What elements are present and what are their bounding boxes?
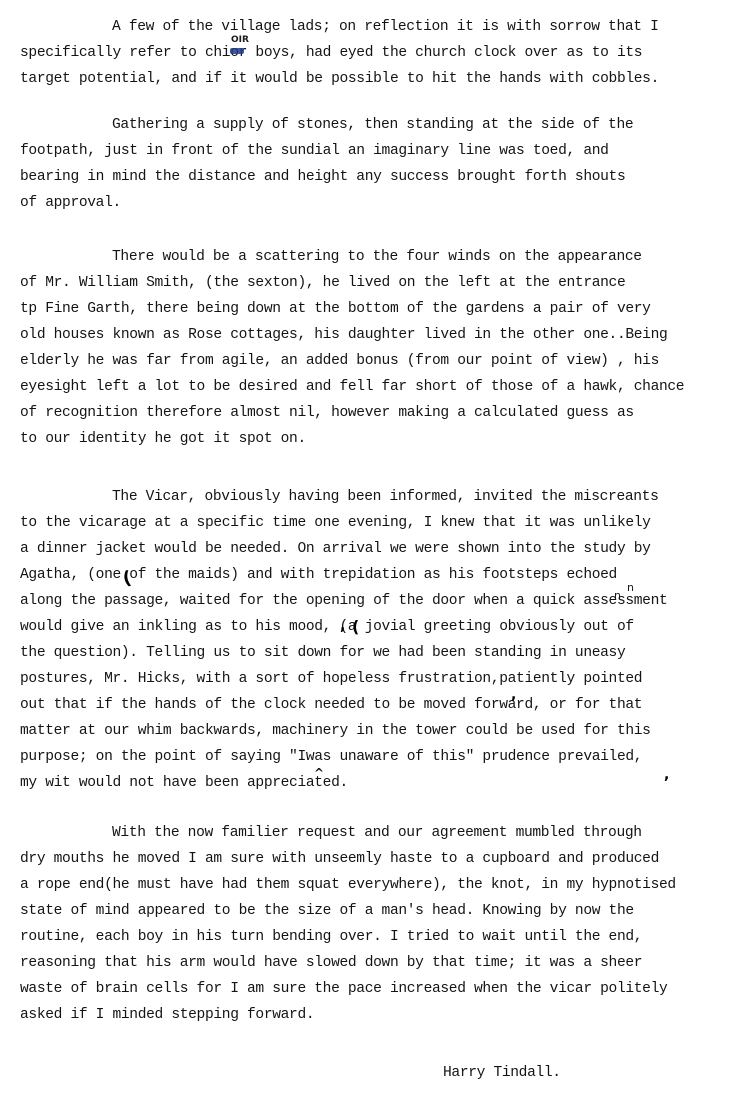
text-line: to our identity he got it spot on. [20, 426, 730, 452]
text-line: my wit would not have been appreciated. [20, 770, 730, 796]
handwritten-comma-mark: , [340, 618, 345, 634]
text-line: asked if I minded stepping forward. [20, 1002, 730, 1028]
text-line: dry mouths he moved I am sure with unsee… [20, 846, 730, 872]
text-line: a rope end(he must have had them squat e… [20, 872, 730, 898]
paragraph-sexton: There would be a scattering to the four … [20, 244, 730, 452]
text-line: the question). Telling us to sit down fo… [20, 640, 730, 666]
text-line: state of mind appeared to be the size of… [20, 898, 730, 924]
handwritten-comma-mark: , [511, 687, 516, 703]
text-line: There would be a scattering to the four … [20, 244, 730, 270]
text-line: to the vicarage at a specific time one e… [20, 510, 730, 536]
handwritten-caret-mark: ^ [314, 768, 324, 778]
handwritten-insert-echoed: n [627, 583, 634, 593]
handwritten-bracket-mark: ( [352, 617, 359, 636]
author-signature: Harry Tindall. [443, 1063, 561, 1083]
text-line: elderly he was far from agile, an added … [20, 348, 730, 374]
text-line: With the now familier request and our ag… [20, 820, 730, 846]
text-line: footpath, just in front of the sundial a… [20, 138, 730, 164]
text-line: along the passage, waited for the openin… [20, 588, 730, 614]
text-line: postures, Mr. Hicks, with a sort of hope… [20, 666, 730, 692]
text-line: tp Fine Garth, there being down at the b… [20, 296, 730, 322]
text-line: eyesight left a lot to be desired and fe… [20, 374, 730, 400]
paragraph-gathering-stones: Gathering a supply of stones, then stand… [20, 112, 730, 216]
text-line: a dinner jacket would be needed. On arri… [20, 536, 730, 562]
text-line: target potential, and if it would be pos… [20, 66, 730, 92]
text-line: routine, each boy in his turn bending ov… [20, 924, 730, 950]
text-line: reasoning that his arm would have slowed… [20, 950, 730, 976]
handwritten-correction-choir: OIR [231, 35, 249, 45]
strikethrough-mark [230, 48, 244, 54]
paragraph-village-lads: A few of the village lads; on reflection… [20, 14, 730, 92]
text-line: would give an inkling as to his mood, (a… [20, 614, 730, 640]
paragraph-vicar: The Vicar, obviously having been informe… [20, 484, 730, 796]
text-line: The Vicar, obviously having been informe… [20, 484, 730, 510]
text-line: A few of the village lads; on reflection… [20, 14, 730, 40]
text-line: waste of brain cells for I am sure the p… [20, 976, 730, 1002]
text-line: Gathering a supply of stones, then stand… [20, 112, 730, 138]
text-line: of approval. [20, 190, 730, 216]
handwritten-comma-mark: , [664, 767, 669, 783]
document-page: A few of the village lads; on reflection… [0, 0, 738, 1100]
text-line: out that if the hands of the clock neede… [20, 692, 730, 718]
text-line: of Mr. William Smith, (the sexton), he l… [20, 270, 730, 296]
text-line: old houses known as Rose cottages, his d… [20, 322, 730, 348]
text-line: specifically refer to chior boys, had ey… [20, 40, 730, 66]
text-line: matter at our whim backwards, machinery … [20, 718, 730, 744]
handwritten-insert-assessment: n [614, 591, 621, 601]
text-line: of recognition therefore almost nil, how… [20, 400, 730, 426]
paragraph-rope-end: With the now familier request and our ag… [20, 820, 730, 1028]
text-line: bearing in mind the distance and height … [20, 164, 730, 190]
text-line: purpose; on the point of saying "Iwas un… [20, 744, 730, 770]
